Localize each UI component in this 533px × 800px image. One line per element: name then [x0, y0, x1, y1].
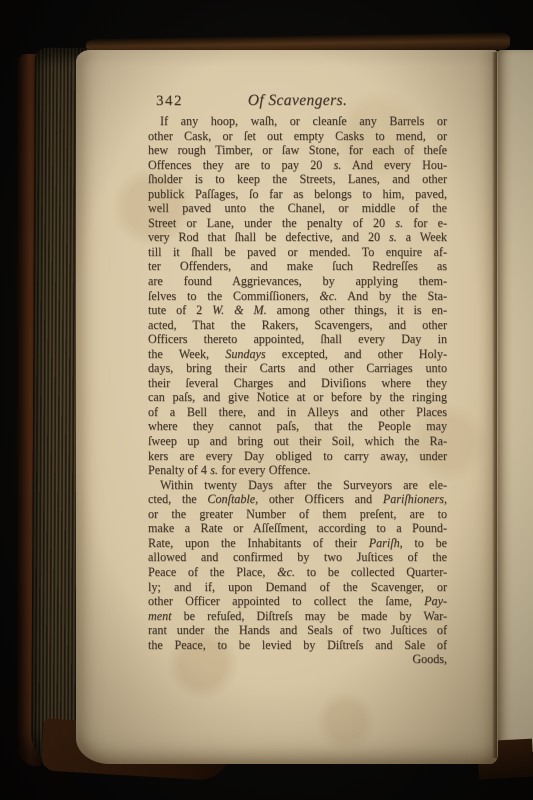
text-line: Within twenty Days after the Surveyors a…: [148, 478, 447, 493]
text-line: Officers thereto appointed, ſhall every …: [148, 332, 447, 347]
text-line: If any hoop, waſh, or cleanſe any Barrel…: [148, 114, 447, 129]
text-line: the Week, Sundays excepted, and other Ho…: [148, 347, 447, 362]
text-line: the Peace, to be levied by Diſtreſs and …: [148, 638, 447, 653]
text-line: Peace of the Place, &c. to be collected …: [148, 565, 447, 580]
text-line: very Rod that ſhall be defective, and 20…: [148, 230, 447, 245]
text-line: Offences they are to pay 20 s. And every…: [148, 158, 447, 173]
running-title: Of Scavengers.: [148, 92, 447, 110]
text-line: Rate, upon the Inhabitants of their Pari…: [148, 536, 447, 551]
text-line: rant under the Hands and Seals of two Ju…: [148, 623, 447, 638]
text-line: kers are every Day obliged to carry away…: [148, 449, 447, 464]
text-line: are found Aggrievances, by applying them…: [148, 274, 447, 289]
text-line: publick Paſſages, ſo far as belongs to h…: [148, 187, 447, 202]
adjacent-page: [497, 50, 533, 752]
text-line: allowed and confirmed by two Juſtices of…: [148, 550, 447, 565]
text-line: or the greater Number of them preſent, a…: [148, 507, 447, 522]
page-content: 342 Of Scavengers. If any hoop, waſh, or…: [148, 92, 447, 667]
text-line: till it ſhall be paved or mended. To enq…: [148, 245, 447, 260]
page-header: 342 Of Scavengers.: [148, 92, 447, 114]
text-line: ſweep up and bring out their Soil, which…: [148, 434, 447, 449]
text-line: other Cask, or ſet out empty Casks to me…: [148, 129, 447, 144]
book-page: 342 Of Scavengers. If any hoop, waſh, or…: [76, 50, 498, 764]
text-line: their ſeveral Charges and Diviſions wher…: [148, 376, 447, 391]
text-line: ſelves to the Commiſſioners, &c. And by …: [148, 289, 447, 304]
text-line: ter Offenders, and make ſuch Redreſſes a…: [148, 259, 447, 274]
text-line: Penalty of 4 s. for every Offence.: [148, 463, 447, 478]
text-line: of a Bell there, and in Alleys and other…: [148, 405, 447, 420]
text-line: make a Rate or Aſſeſſment, according to …: [148, 521, 447, 536]
text-line: ſholder is to keep the Streets, Lanes, a…: [148, 172, 447, 187]
text-line: where they cannot paſs, that the People …: [148, 419, 447, 434]
text-line: days, bring their Carts and other Carria…: [148, 361, 447, 376]
text-line: well paved unto the Chanel, or middle of…: [148, 201, 447, 216]
catchword-row: Goods,: [148, 652, 447, 667]
page-number: 342: [156, 93, 183, 110]
page-body: If any hoop, waſh, or cleanſe any Barrel…: [148, 114, 447, 652]
text-line: cted, the Conſtable, other Officers and …: [148, 492, 447, 507]
gutter-crease: [492, 52, 497, 758]
text-line: tute of 2 W. & M. among other things, it…: [148, 303, 447, 318]
text-line: hew rough Timber, or ſaw Stone, for each…: [148, 143, 447, 158]
catchword: Goods,: [412, 652, 447, 666]
text-line: acted, That the Rakers, Scavengers, and …: [148, 318, 447, 333]
text-line: other Officer appointed to collect the ſ…: [148, 594, 447, 609]
text-line: ly; and if, upon Demand of the Scavenger…: [148, 580, 447, 595]
text-line: ment be refuſed, Diſtreſs may be made by…: [148, 609, 447, 624]
book-photo: 342 Of Scavengers. If any hoop, waſh, or…: [0, 0, 533, 800]
text-line: can paſs, and give Notice at or before b…: [148, 390, 447, 405]
text-line: Street or Lane, under the penalty of 20 …: [148, 216, 447, 231]
